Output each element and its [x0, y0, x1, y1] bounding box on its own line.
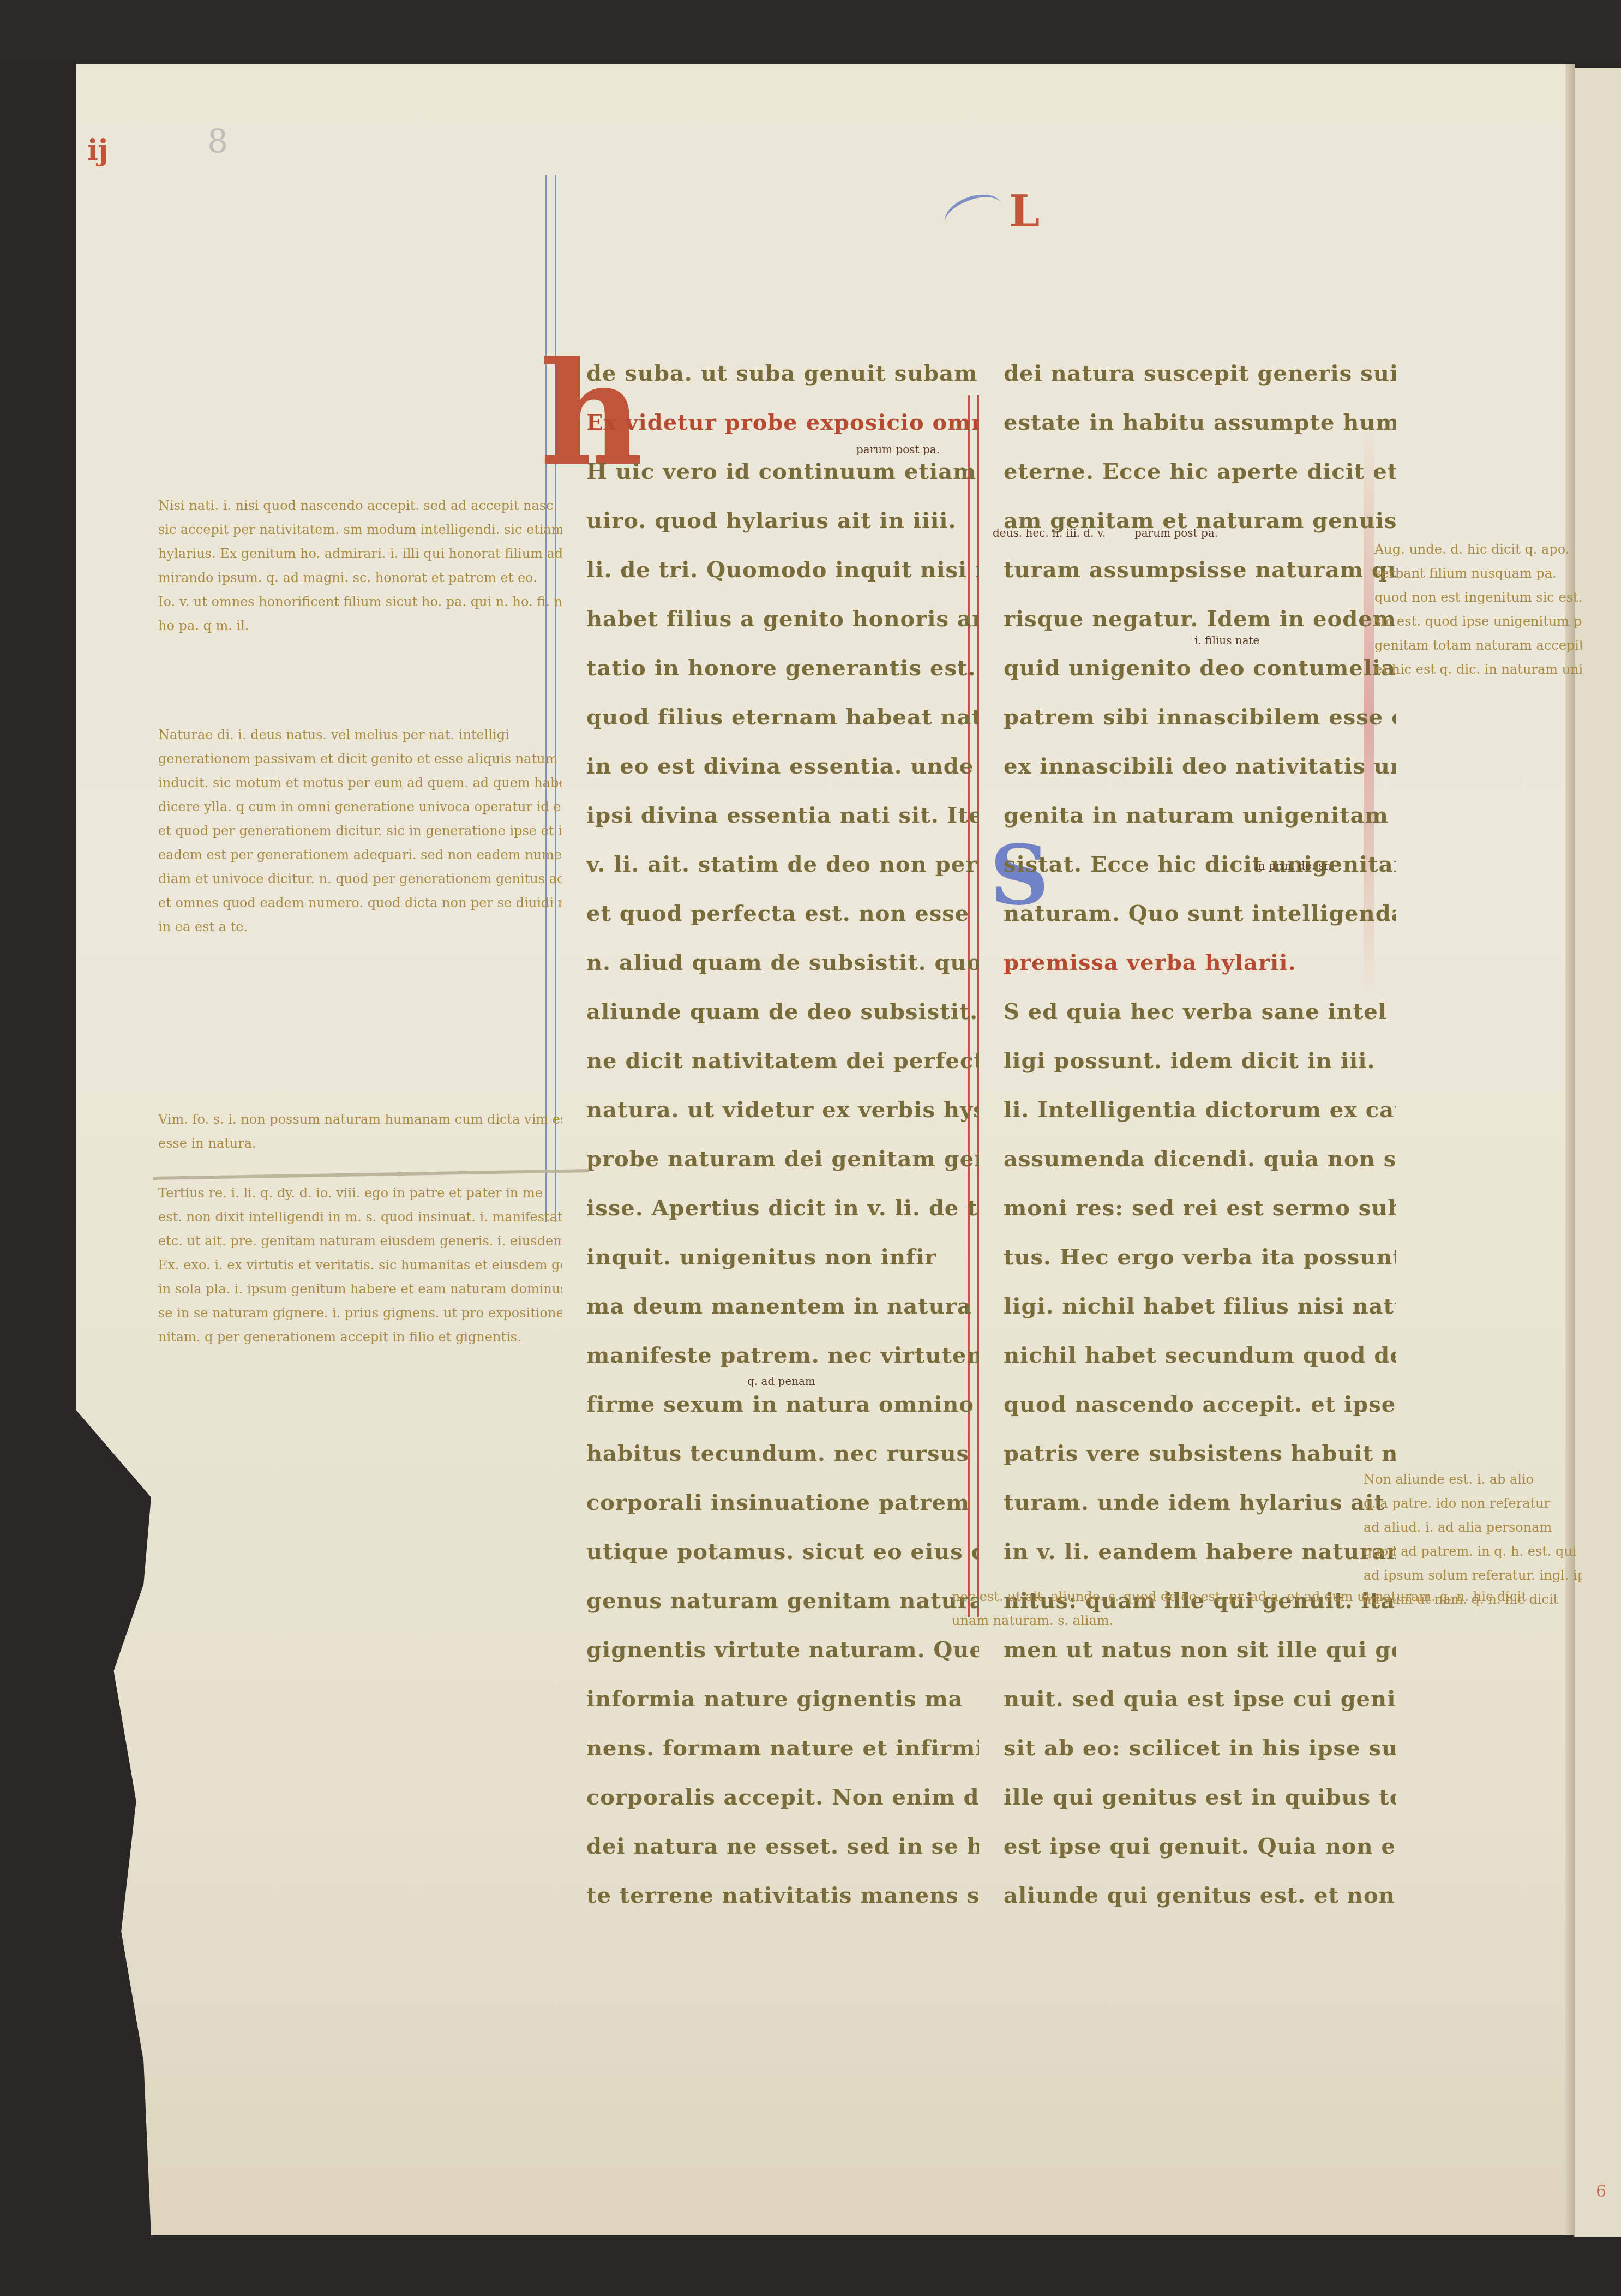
text-line: naturam. Quo sunt intelligenda — [1004, 889, 1396, 938]
text-line: ipsi divina essentia nati sit. Item in — [586, 791, 979, 840]
gloss-line: Tertius re. i. li. q. dy. d. io. viii. e… — [158, 1181, 562, 1205]
gloss-line: Naturae di. i. deus natus. vel melius pe… — [158, 723, 562, 747]
text-line: turam. unde idem hylarius ait — [1004, 1478, 1396, 1527]
text-line: utique potamus. sicut eo eius deque — [586, 1527, 979, 1576]
gloss-line: quod ad patrem. in q. h. est. qui — [1364, 1539, 1582, 1563]
text-line: et quod perfecta est. non esse naturam n… — [586, 889, 979, 938]
text-line: ne dicit nativitatem dei perfecti ex — [586, 1036, 979, 1086]
text-line: nichil habet secundum quod deus est. nis… — [1004, 1331, 1396, 1380]
text-line: men ut natus non sit ille qui ge — [1004, 1626, 1396, 1675]
text-line: quod nascendo accepit. et ipse nascendo — [1004, 1380, 1396, 1429]
text-line: ma deum manentem in natura di — [586, 1282, 979, 1331]
text-line: eterne. Ecce hic aperte dicit et nat — [1004, 447, 1396, 496]
text-line: corporalis accepit. Non enim defectat — [586, 1773, 979, 1822]
gloss-line: generationem passivam et dicit genito et… — [158, 747, 562, 771]
text-line: de suba. ut suba genuit subam. — [586, 349, 979, 398]
text-column-b: dei natura suscepit generis sui potestat… — [1004, 349, 1396, 1920]
backdrop-top — [0, 0, 1621, 60]
text-line: quod filius eternam habeat nativitatem. — [586, 693, 979, 742]
text-line: corporali insinuatione patrem esse — [586, 1478, 979, 1527]
text-line: gignentis virtute naturam. Que — [586, 1626, 979, 1675]
left-gloss-1: Nisi nati. i. nisi quod nascendo accepit… — [158, 494, 562, 638]
running-head: L — [938, 175, 1064, 235]
gloss-line: in sola pla. i. ipsum genitum habere et … — [158, 1277, 562, 1301]
interlinear-gloss: deus. hec. li. iii. d. v. — [993, 526, 1106, 539]
gloss-line: esse in natura. — [158, 1131, 562, 1155]
text-line: estate in habitu assumpte humilitatis — [1004, 398, 1396, 447]
text-line: nens. formam nature et infirmitatis — [586, 1724, 979, 1773]
gloss-line: Nisi nati. i. nisi quod nascendo accepit… — [158, 494, 562, 518]
running-head-letter: L — [1009, 185, 1040, 237]
text-line: li. Intelligentia dictorum ex causis est — [1004, 1086, 1396, 1135]
text-line: quid unigenito deo contumelia est — [1004, 644, 1396, 693]
text-line: in eo est divina essentia. unde quod — [586, 742, 979, 791]
text-line: patrem sibi innascibilem esse deum. cui — [1004, 693, 1396, 742]
pencil-mark: 8 — [207, 123, 228, 161]
gloss-line: est. non dixit intelligendi in m. s. quo… — [158, 1205, 562, 1229]
quire-mark: ij — [87, 134, 109, 167]
text-line: est ipse qui genuit. Quia non est — [1004, 1822, 1396, 1871]
gloss-line: hylarius. Ex genitum ho. admirari. i. il… — [158, 542, 562, 566]
text-line: v. li. ait. statim de deo non per cas — [586, 840, 979, 889]
gloss-line: serbant filium nusquam pa. — [1374, 561, 1582, 585]
text-line: dei natura ne esset. sed in se humilita — [586, 1822, 979, 1871]
text-line: moni res: sed rei est sermo subiec — [1004, 1184, 1396, 1233]
text-line: sit ab eo: scilicet in his ipse subsisti… — [1004, 1724, 1396, 1773]
text-line: sistat. Ecce hic dicit unigenitam — [1004, 840, 1396, 889]
text-line: S ed quia hec verba sane intel — [1004, 987, 1396, 1036]
gutter-shadow — [1565, 64, 1575, 2235]
text-line: dei natura suscepit generis sui pot — [1004, 349, 1396, 398]
gloss-line: se in se naturam gignere. i. prius gigne… — [158, 1301, 562, 1325]
text-line: informia nature gignentis ma — [586, 1675, 979, 1724]
gloss-line: nec est. ut ait. aliunde. s. quod de eo … — [952, 1585, 1552, 1609]
gloss-line: Vim. fo. s. i. non possum naturam humana… — [158, 1107, 562, 1131]
text-column-a: de suba. ut suba genuit subam.Ex videtur… — [586, 349, 979, 1920]
gloss-line: quod non est ingenitum sic est. sed non — [1374, 585, 1582, 609]
text-line: te terrene nativitatis manens sibi — [586, 1871, 979, 1920]
text-line: habet filius a genito honoris animi — [586, 595, 979, 644]
left-gloss-3: Vim. fo. s. i. non possum naturam humana… — [158, 1107, 562, 1155]
text-line: premissa verba hylarii. — [1004, 938, 1396, 987]
text-line: natura. ut videtur ex verbis hys atque — [586, 1086, 979, 1135]
text-line: aliunde quam de deo subsistit. esse — [586, 987, 979, 1036]
gloss-line: Ex. exo. i. ex virtutis et veritatis. si… — [158, 1253, 562, 1277]
text-line: ille qui genitus est in quibus totus — [1004, 1773, 1396, 1822]
gloss-line: ho pa. q m. il. — [158, 614, 562, 638]
gloss-line: et quod per generationem dicitur. sic in… — [158, 819, 562, 843]
left-gloss-2: Naturae di. i. deus natus. vel melius pe… — [158, 723, 562, 939]
interlinear-gloss: q. ad penam — [747, 1375, 815, 1388]
text-line: assumenda dicendi. quia non ser — [1004, 1135, 1396, 1184]
text-line: genita in naturam unigenitam sub — [1004, 791, 1396, 840]
interlinear-gloss: in prin. de. sr. — [1254, 859, 1331, 872]
gloss-line: et omnes quod eadem numero. quod dicta n… — [158, 891, 562, 915]
text-line: in v. li. eandem habere naturam ge — [1004, 1527, 1396, 1576]
bottom-gloss: nec est. ut ait. aliunde. s. quod de eo … — [952, 1585, 1552, 1633]
gloss-line: mirando ipsum. q. ad magni. sc. honorat … — [158, 566, 562, 590]
text-line: ligi possunt. idem dicit in iii. — [1004, 1036, 1396, 1086]
text-line: genus naturam genitam naturalis ise — [586, 1576, 979, 1626]
text-line: Ex videtur probe exposicio omnium. — [586, 398, 979, 447]
gloss-line: nitam. q per generationem accepit in fil… — [158, 1325, 562, 1349]
gloss-line: in ea est a te. — [158, 915, 562, 939]
gloss-line: ad ipsum solum referatur. ingl. ipsi — [1364, 1563, 1582, 1587]
text-line: habitus tecundum. nec rursus — [586, 1429, 979, 1478]
interlinear-gloss: parum post pa. — [856, 443, 940, 456]
text-line: ligi. nichil habet filius nisi natum. i. — [1004, 1282, 1396, 1331]
gloss-line: sic est. quod ipse unigenitum pater. — [1374, 609, 1582, 633]
folio-number: 6 — [1596, 2182, 1606, 2201]
gloss-line: diam et univoce dicitur. n. quod per gen… — [158, 867, 562, 891]
text-line: li. de tri. Quomodo inquit nisi nati — [586, 545, 979, 595]
gloss-line: Io. v. ut omnes honorificent filium sicu… — [158, 590, 562, 614]
blue-flourish-icon — [939, 187, 1008, 242]
next-leaf-edge — [1574, 68, 1621, 2237]
gloss-line: genitam totam naturam accepit. pater. — [1374, 633, 1582, 657]
text-line: manifeste patrem. nec virtutem in — [586, 1331, 979, 1380]
text-line: uiro. quod hylarius ait in iiii. — [586, 496, 979, 545]
right-gloss-1: Aug. unde. d. hic dicit q. apo.serbant f… — [1374, 537, 1582, 681]
gloss-line: q. a patre. ido non referatur — [1364, 1491, 1582, 1515]
text-line: aliunde qui genitus est. et non non: — [1004, 1871, 1396, 1920]
text-line: n. aliud quam de subsistit. quod non — [586, 938, 979, 987]
gloss-line: Aug. unde. d. hic dicit q. apo. — [1374, 537, 1582, 561]
gloss-line: Non aliunde est. i. ab alio — [1364, 1467, 1582, 1491]
text-line: probe naturam dei genitam genu — [586, 1135, 979, 1184]
gloss-line: sic accepit per nativitatem. sm modum in… — [158, 518, 562, 542]
interlinear-gloss: parum post pa. — [1134, 526, 1218, 539]
interlinear-gloss: i. filius nate — [1194, 634, 1259, 647]
text-line: ex innascibili deo nativitatis uni — [1004, 742, 1396, 791]
text-line: patris vere subsistens habuit na — [1004, 1429, 1396, 1478]
text-line: inquit. unigenitus non infir — [586, 1233, 979, 1282]
gloss-line: unam naturam. s. aliam. — [952, 1609, 1552, 1633]
gloss-line: et hic est q. dic. in naturam unigenitam — [1374, 657, 1582, 681]
left-gloss-4: Tertius re. i. li. q. dy. d. io. viii. e… — [158, 1181, 562, 1349]
text-line: nuit. sed quia est ipse cui genitus — [1004, 1675, 1396, 1724]
text-line: isse. Apertius dicit in v. li. de tri. — [586, 1184, 979, 1233]
gloss-line: inducit. sic motum et motus per eum ad q… — [158, 771, 562, 795]
text-line: tus. Hec ergo verba ita possunt intel — [1004, 1233, 1396, 1282]
gloss-line: etc. ut ait. pre. genitam naturam eiusde… — [158, 1229, 562, 1253]
text-line: turam assumpsisse naturam quod a ple — [1004, 545, 1396, 595]
gloss-line: dicere ylla. q cum in omni generatione u… — [158, 795, 562, 819]
gloss-line: eadem est per generationem adequari. sed… — [158, 843, 562, 867]
text-line: tatio in honore generantis est. Cum — [586, 644, 979, 693]
gloss-line: ad aliud. i. ad alia personam — [1364, 1515, 1582, 1539]
